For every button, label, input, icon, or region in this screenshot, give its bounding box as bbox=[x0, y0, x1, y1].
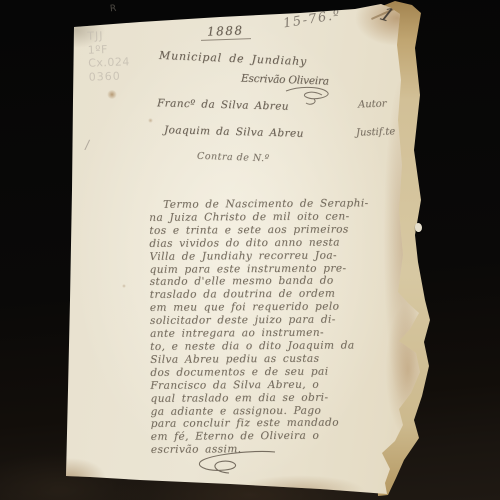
stain bbox=[122, 284, 126, 288]
case-line: Contra de N.º bbox=[197, 151, 270, 165]
party-role-1: Autor bbox=[358, 99, 387, 111]
shelf-code-line: 0360 bbox=[88, 69, 130, 84]
dark-spot bbox=[249, 486, 255, 490]
stray-pencil-mark: R bbox=[109, 4, 116, 15]
pencil-tick-mark: / bbox=[84, 138, 90, 153]
header-court-line: Municipal de Jundiahy bbox=[159, 49, 308, 68]
closing-flourish bbox=[185, 448, 280, 476]
party-role-2: Justif.te bbox=[356, 126, 396, 138]
party-name-2: Joaquim da Silva Abreu bbox=[164, 124, 304, 140]
header-year: 1888 bbox=[207, 23, 244, 38]
clerk-rubric-flourish bbox=[284, 85, 332, 107]
body-line: Termo de Nascimento de Seraphi- bbox=[149, 197, 389, 212]
ink-speck bbox=[205, 12, 207, 14]
ink-speck bbox=[192, 9, 194, 11]
stain bbox=[107, 90, 117, 99]
document-page: TJJ 1ºF Cx.024 0360 / 15-76.º 1 1888 Mun… bbox=[0, 0, 500, 500]
manuscript-body-text: Termo de Nascimento de Seraphi- na Juiza… bbox=[149, 197, 391, 457]
photo-of-manuscript: R TJJ 1ºF Cx.024 0360 / 15-76.º 1 1888 M… bbox=[0, 0, 500, 500]
paper-fragment bbox=[415, 223, 422, 232]
party-name-1: Francº da Silva Abreu bbox=[157, 97, 289, 112]
archive-shelf-code: TJJ 1ºF Cx.024 0360 bbox=[87, 28, 131, 83]
stain bbox=[148, 118, 153, 123]
body-line: to, e neste dia o dito Joaquim da bbox=[150, 339, 390, 354]
archive-reference-number: 15-76.º bbox=[282, 8, 342, 32]
